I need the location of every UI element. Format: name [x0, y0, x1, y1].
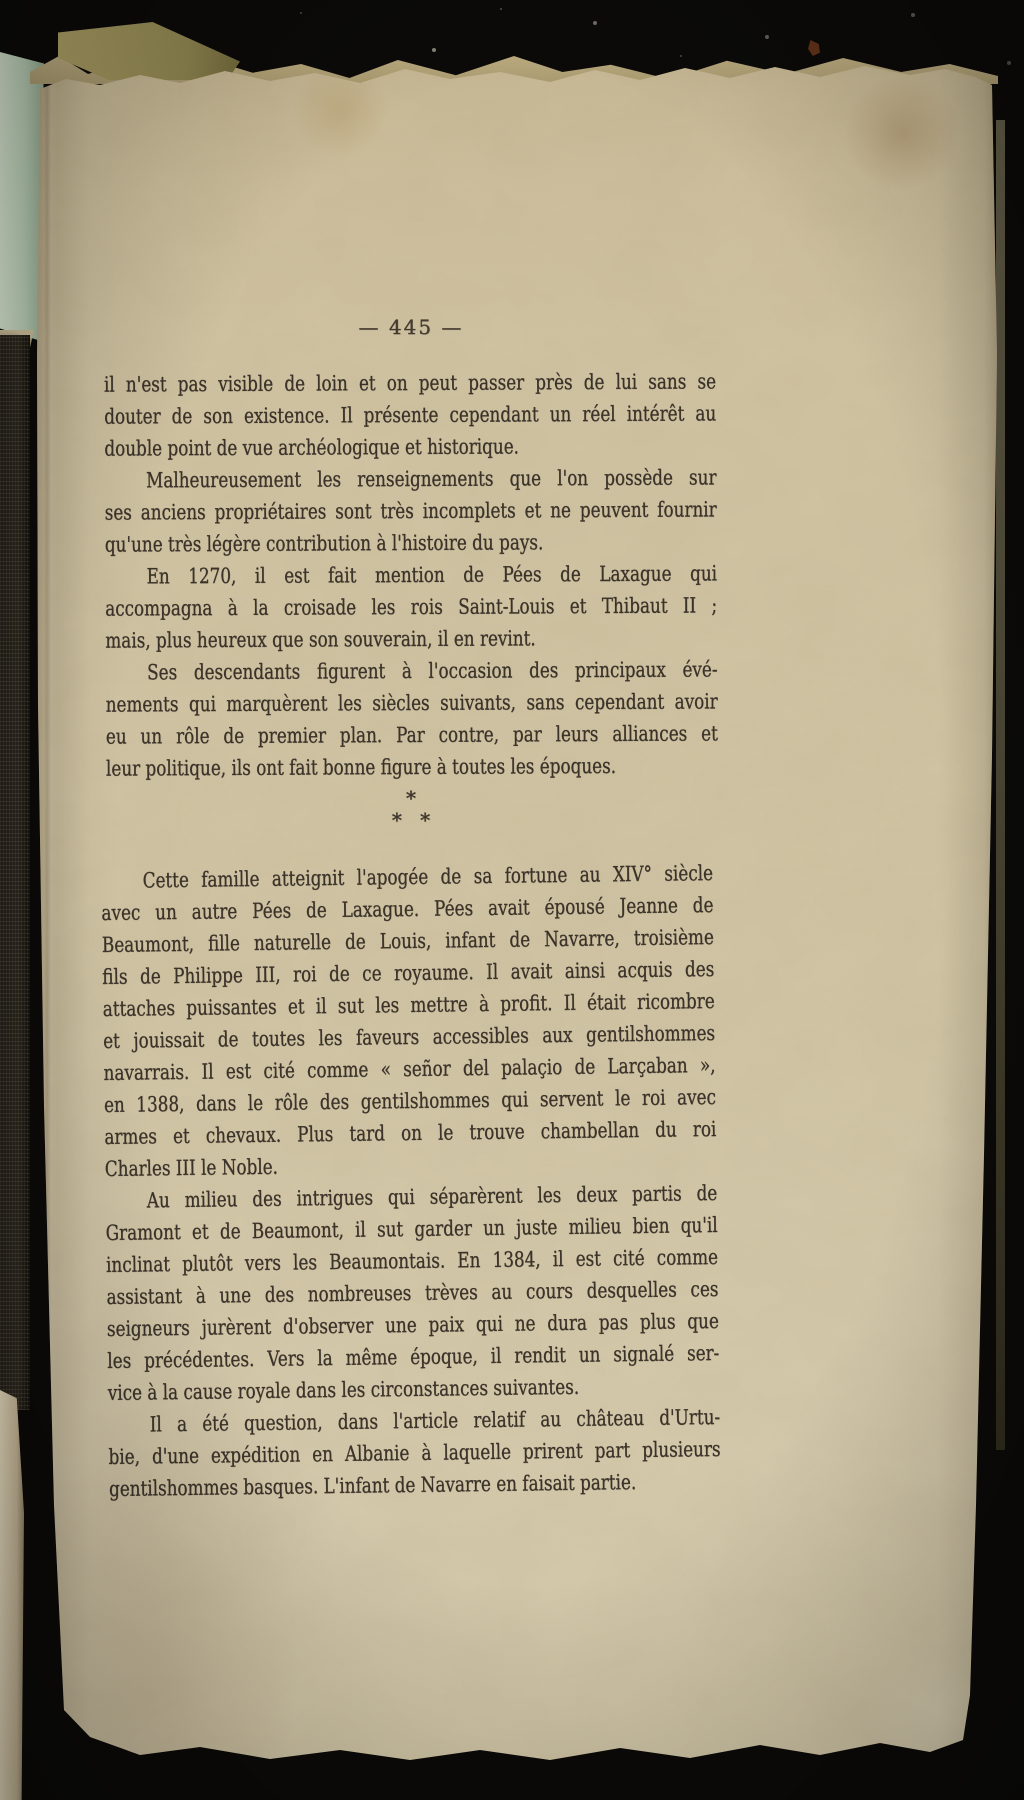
separator-asterisks-bottom: * * — [105, 809, 717, 831]
text-line: eu un rôle de premier plan. Par contre, … — [106, 717, 718, 752]
paragraph: Cette famille atteignit l'apogée de sa f… — [101, 857, 717, 1185]
book-page: — 445 — il n'est pas visible de loin et … — [30, 55, 998, 1770]
text-section-upper: il n'est pas visible de loin et on peut … — [104, 365, 718, 784]
separator-asterisk-top: * — [105, 787, 717, 809]
text-line: En 1270, il est fait mention de Pées de … — [105, 557, 717, 592]
text-line: leur politique, ils ont fait bonne figur… — [106, 749, 718, 784]
text-section-lower: Cette famille atteignit l'apogée de sa f… — [101, 857, 721, 1505]
text-line: nements qui marquèrent les siècles suiva… — [106, 685, 718, 720]
page-stack-edge — [0, 1390, 24, 1800]
torn-paper-fragment — [58, 22, 240, 80]
fore-edge-strip — [996, 120, 1005, 1450]
dust-specks — [0, 0, 2, 2]
paragraph: Il a été question, dans l'article relati… — [108, 1401, 721, 1505]
paragraph: Malheureusement les renseignements que l… — [104, 461, 716, 560]
text-line: qu'une très légère contribution à l'hist… — [105, 525, 717, 560]
scanned-book-photo: — 445 — il n'est pas visible de loin et … — [0, 0, 1024, 1800]
text-line: il n'est pas visible de loin et on peut … — [104, 365, 716, 400]
text-line: douter de son existence. Il présente cep… — [104, 397, 716, 432]
paragraph: il n'est pas visible de loin et on peut … — [104, 365, 716, 464]
paragraph: Au milieu des intrigues qui séparèrent l… — [105, 1177, 720, 1409]
text-line: mais, plus heureux que son souverain, il… — [105, 621, 717, 656]
section-separator: * * * — [105, 787, 717, 831]
text-line: gentilshommes basques. L'infant de Navar… — [109, 1465, 721, 1505]
text-line: Malheureusement les renseignements que l… — [104, 461, 716, 496]
text-line: double point de vue archéologique et his… — [104, 429, 716, 464]
paragraph: Ses descendants figurent à l'occasion de… — [105, 653, 718, 784]
text-line: ses anciens propriétaires sont très inco… — [105, 493, 717, 528]
text-block: — 445 — il n'est pas visible de loin et … — [105, 313, 717, 1501]
text-line: accompagna à la croisade les rois Saint-… — [105, 589, 717, 624]
torn-speck — [808, 40, 820, 56]
binding-cloth — [0, 335, 30, 1410]
endpaper-strip — [0, 52, 44, 340]
text-line: Ses descendants figurent à l'occasion de… — [105, 653, 717, 688]
page-number: — 445 — — [105, 313, 717, 341]
paragraph: En 1270, il est fait mention de Pées de … — [105, 557, 717, 656]
